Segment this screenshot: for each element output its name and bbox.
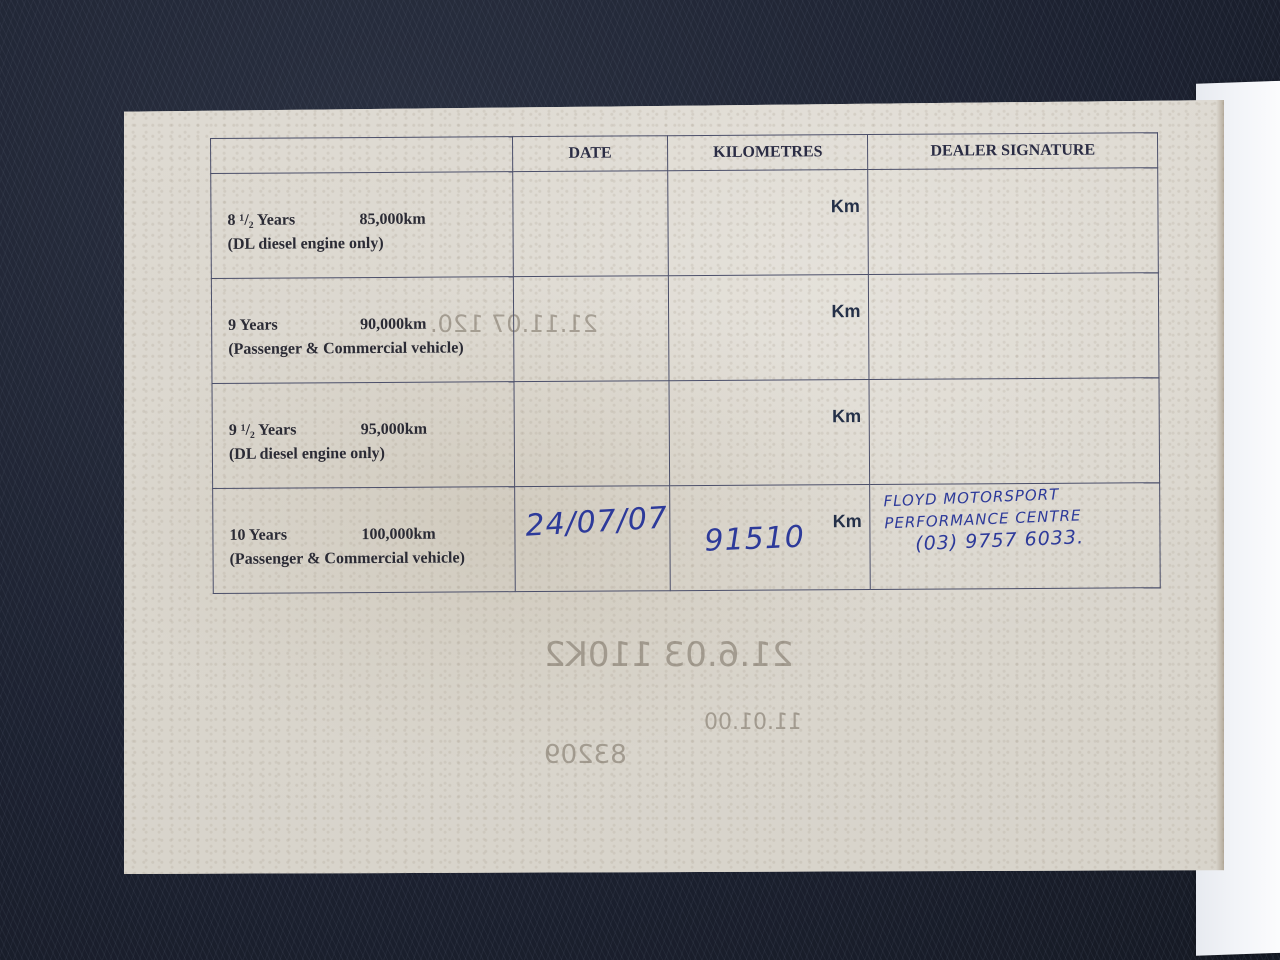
date-value: 24/07/07	[524, 501, 669, 544]
date-cell[interactable]	[514, 381, 670, 487]
header-date: DATE	[512, 136, 667, 172]
service-description-cell: 10 Years100,000km (Passenger & Commercia…	[213, 487, 516, 594]
service-years: 8 ¹/₂ Years	[227, 208, 359, 233]
service-log-table: DATE KILOMETRES DEALER SIGNATURE 8 ¹/₂ Y…	[210, 132, 1161, 594]
dealer-signature: Floyd Motorsport Performance Centre (03)…	[883, 482, 1084, 556]
kilometres-cell[interactable]: Km	[669, 379, 870, 485]
date-cell[interactable]	[513, 276, 669, 382]
service-distance: 90,000km	[360, 316, 426, 333]
km-unit-label: Km	[833, 511, 862, 532]
bleed-through-text: 11.01.00	[704, 710, 802, 735]
service-distance: 85,000km	[359, 211, 425, 228]
page-edge-shadow	[1216, 100, 1224, 874]
table-row: 8 ¹/₂ Years85,000km (DL diesel engine on…	[211, 168, 1159, 279]
service-description-cell: 9 Years90,000km (Passenger & Commercial …	[211, 277, 514, 384]
header-description	[211, 137, 513, 174]
dealer-signature-cell[interactable]	[869, 378, 1159, 485]
bleed-through-text: 83209	[544, 740, 627, 770]
kilometres-value: 91510	[704, 520, 806, 559]
service-years: 9 Years	[228, 313, 360, 338]
dealer-signature-cell[interactable]	[869, 273, 1159, 380]
service-years: 10 Years	[229, 523, 361, 548]
bleed-through-text: 21.6.03 110K2	[544, 635, 793, 675]
service-years: 9 ¹/₂ Years	[229, 418, 361, 443]
service-distance: 95,000km	[361, 421, 427, 438]
table-row: 10 Years100,000km (Passenger & Commercia…	[213, 483, 1161, 594]
table-row: 9 Years90,000km (Passenger & Commercial …	[211, 273, 1159, 384]
kilometres-cell[interactable]: Km	[668, 274, 869, 380]
km-unit-label: Km	[832, 406, 861, 427]
km-unit-label: Km	[831, 196, 860, 217]
service-note: (DL diesel engine only)	[229, 441, 514, 467]
km-unit-label: Km	[831, 301, 860, 322]
header-dealer-signature: DEALER SIGNATURE	[868, 133, 1158, 170]
date-cell[interactable]: 24/07/07	[515, 486, 671, 592]
table-header-row: DATE KILOMETRES DEALER SIGNATURE	[211, 133, 1158, 174]
service-description-cell: 9 ¹/₂ Years95,000km (DL diesel engine on…	[212, 382, 515, 489]
kilometres-cell[interactable]: Km	[668, 169, 869, 275]
logbook-page: 21.11.07 120. 21.6.03 110K2 11.01.00 832…	[124, 100, 1224, 874]
dealer-signature-cell[interactable]: Floyd Motorsport Performance Centre (03)…	[870, 483, 1160, 590]
service-note: (Passenger & Commercial vehicle)	[228, 336, 513, 362]
header-kilometres: KILOMETRES	[668, 134, 869, 170]
kilometres-cell[interactable]: 91510Km	[670, 484, 871, 590]
table-row: 9 ¹/₂ Years95,000km (DL diesel engine on…	[212, 378, 1160, 489]
dealer-signature-cell[interactable]	[868, 168, 1158, 275]
service-note: (Passenger & Commercial vehicle)	[230, 546, 515, 572]
date-cell[interactable]	[513, 171, 669, 277]
service-description-cell: 8 ¹/₂ Years85,000km (DL diesel engine on…	[211, 172, 514, 279]
service-distance: 100,000km	[361, 526, 435, 543]
service-note: (DL diesel engine only)	[228, 231, 513, 257]
